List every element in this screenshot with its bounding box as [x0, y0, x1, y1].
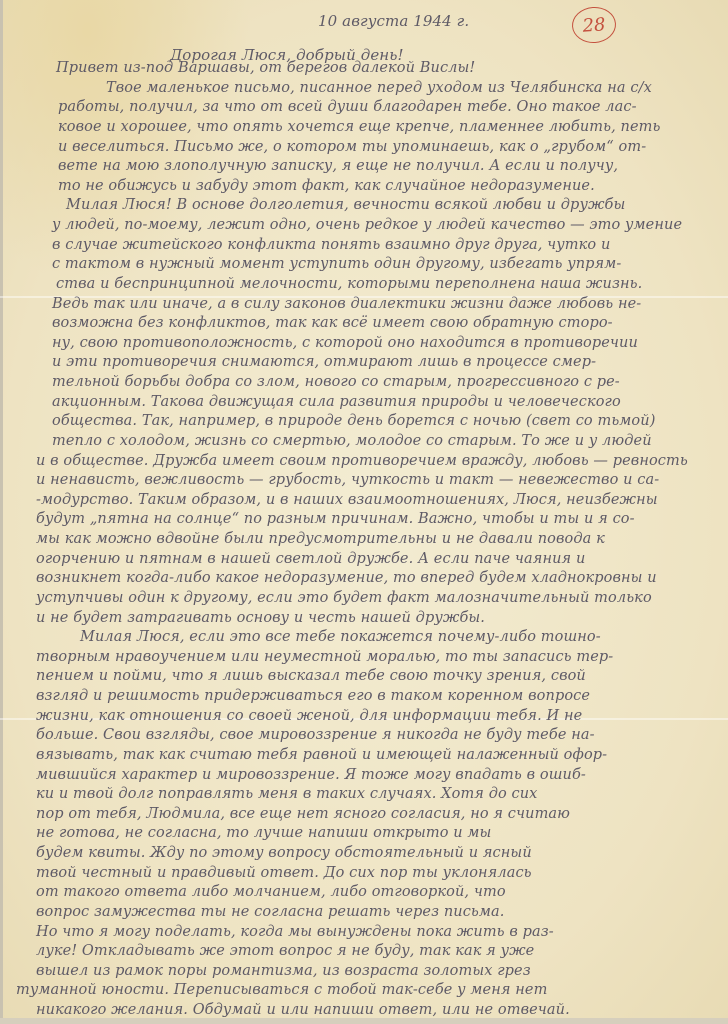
letter-line: Милая Люся! В основе долголетия, вечност… [66, 197, 625, 213]
letter-line: уступчивы один к другому, если это будет… [36, 590, 652, 606]
letter-date: 10 августа 1944 г. [318, 12, 469, 30]
letter-line: общества. Так, например, в природе день … [52, 413, 655, 429]
letter-line: Ведь так или иначе, а в силу законов диа… [52, 296, 641, 312]
letter-line: Но что я могу поделать, когда мы вынужде… [36, 924, 554, 940]
letter-line: жизни, как отношения со своей женой, для… [36, 708, 582, 724]
paper-edge-bottom [0, 1018, 728, 1024]
letter-line: у людей, по-моему, лежит одно, очень ред… [52, 217, 682, 233]
letter-line: тепло с холодом, жизнь со смертью, молод… [52, 433, 652, 449]
letter-line: огорчению и пятнам в нашей светлой дружб… [36, 551, 585, 567]
letter-line: в случае житейского конфликта понять вза… [52, 237, 610, 253]
letter-line: больше. Свои взгляды, свое мировоззрение… [36, 727, 595, 743]
letter-line: вете на мою злополучную записку, я еще н… [58, 158, 618, 174]
letter-line: ковое и хорошее, что опять хочется еще к… [58, 119, 661, 135]
letter-line: Твое маленькое письмо, писанное перед ух… [106, 80, 652, 96]
letter-page: 28 10 августа 1944 г. Дорогая Люся, добр… [0, 0, 728, 1024]
letter-line: пор от тебя, Людмила, все еще нет ясного… [36, 806, 570, 822]
letter-line: то не обижусь и забуду этот факт, как сл… [58, 178, 595, 194]
letter-line: ки и твой долг поправлять меня в таких с… [36, 786, 537, 802]
letter-line: акционным. Такова движущая сила развития… [52, 394, 621, 410]
letter-line: тельной борьбы добра со злом, нового со … [52, 374, 620, 390]
paper-edge-left [0, 0, 3, 1024]
letter-line: будем квиты. Жду по этому вопросу обстоя… [36, 845, 532, 861]
letter-line: взгляд и решимость придерживаться его в … [36, 688, 590, 704]
letter-line: Милая Люся, если это все тебе покажется … [80, 629, 601, 645]
letter-line: и не будет затрагивать основу и честь на… [36, 610, 485, 626]
letter-line: от такого ответа либо молчанием, либо от… [36, 884, 506, 900]
letter-line: возможна без конфликтов, так как всё име… [52, 315, 613, 331]
letter-line: твой честный и правдивый ответ. До сих п… [36, 865, 532, 881]
letter-line: мившийся характер и мировоззрение. Я тож… [36, 767, 586, 783]
letter-line: вышел из рамок поры романтизма, из возра… [36, 963, 531, 979]
letter-line: ну, свою противоположность, с которой он… [52, 335, 638, 351]
letter-line: возникнет когда-либо какое недоразумение… [36, 570, 657, 586]
letter-line: туманной юности. Переписываться с тобой … [16, 982, 547, 998]
letter-line: и эти противоречия снимаются, отмирают л… [52, 354, 596, 370]
letter-line: и веселиться. Письмо же, о котором ты уп… [58, 139, 646, 155]
letter-line: мы как можно вдвойне были предусмотрител… [36, 531, 605, 547]
letter-line: -модурство. Таким образом, и в наших вза… [36, 492, 658, 508]
letter-line: работы, получил, за что от всей души бла… [58, 99, 637, 115]
letter-line: ства и беспринципной мелочности, которым… [56, 276, 642, 292]
letter-line: и ненависть, вежливость — грубость, чутк… [36, 472, 659, 488]
letter-line: пением и пойми, что я лишь высказал тебе… [36, 668, 586, 684]
letter-line: луке! Откладывать же этот вопрос я не бу… [36, 943, 534, 959]
letter-line: вопрос замужества ты не согласна решать … [36, 904, 505, 920]
letter-line: вязывать, так как считаю тебя равной и и… [36, 747, 607, 763]
letter-line: Привет из-под Варшавы, от берегов далеко… [56, 60, 475, 76]
letter-line: будут „пятна на солнце“ по разным причин… [36, 511, 635, 527]
letter-line: не готова, не согласна, то лучше напиши … [36, 825, 491, 841]
letter-line: и в обществе. Дружба имеет своим противо… [36, 453, 688, 469]
letter-line: никакого желания. Обдумай и или напиши о… [36, 1002, 570, 1018]
letter-line: с тактом в нужный момент уступить один д… [52, 256, 621, 272]
letter-line: творным нравоучением или неуместной мора… [36, 649, 613, 665]
archive-page-number: 28 [571, 6, 617, 45]
